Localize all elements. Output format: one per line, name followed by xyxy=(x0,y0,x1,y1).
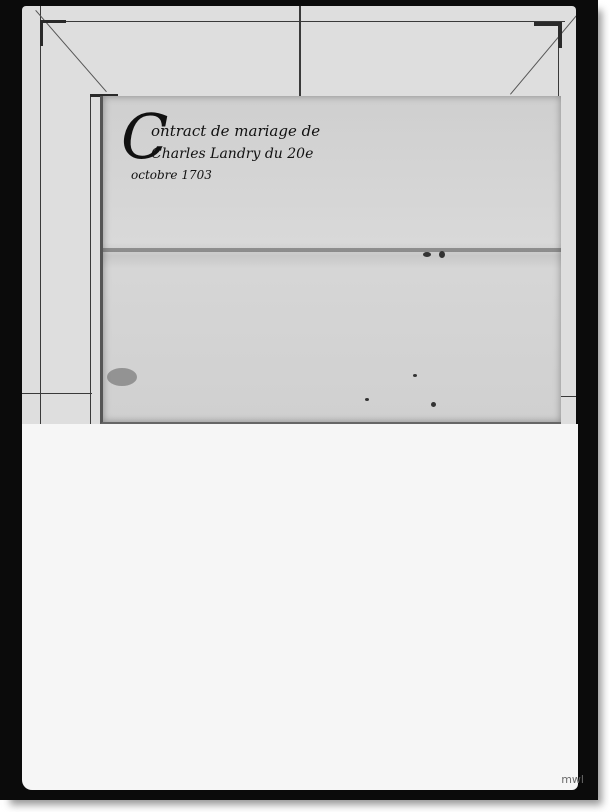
corner-mark-tl-h xyxy=(40,20,66,23)
board-vertical-line-left xyxy=(40,6,41,434)
folded-letter: C ontract de mariage de Charles Landry d… xyxy=(100,96,561,424)
board-diagonal-right xyxy=(510,6,576,95)
watermark: mwl xyxy=(561,773,584,786)
handwriting-line-1: ontract de mariage de xyxy=(151,122,320,140)
board-vertical-line-inner-left xyxy=(90,96,91,434)
board-lower-left-line xyxy=(22,393,92,394)
ink-spot xyxy=(413,374,417,377)
corner-mark-tr-v xyxy=(558,22,562,48)
ink-spot xyxy=(431,402,436,407)
handwriting-line-3: octobre 1703 xyxy=(131,168,212,182)
blank-backing-sheet xyxy=(22,424,578,790)
ink-spot xyxy=(423,252,431,257)
ink-spot xyxy=(439,251,445,258)
ink-spot xyxy=(365,398,369,401)
board-top-line xyxy=(40,21,565,22)
handwriting-line-2: Charles Landry du 20e xyxy=(151,146,313,162)
fold-crease xyxy=(103,248,561,252)
scan-frame: C ontract de mariage de Charles Landry d… xyxy=(0,0,598,800)
board-center-line xyxy=(299,6,301,96)
water-stain xyxy=(107,368,137,386)
corner-mark-tl-v xyxy=(40,20,43,46)
